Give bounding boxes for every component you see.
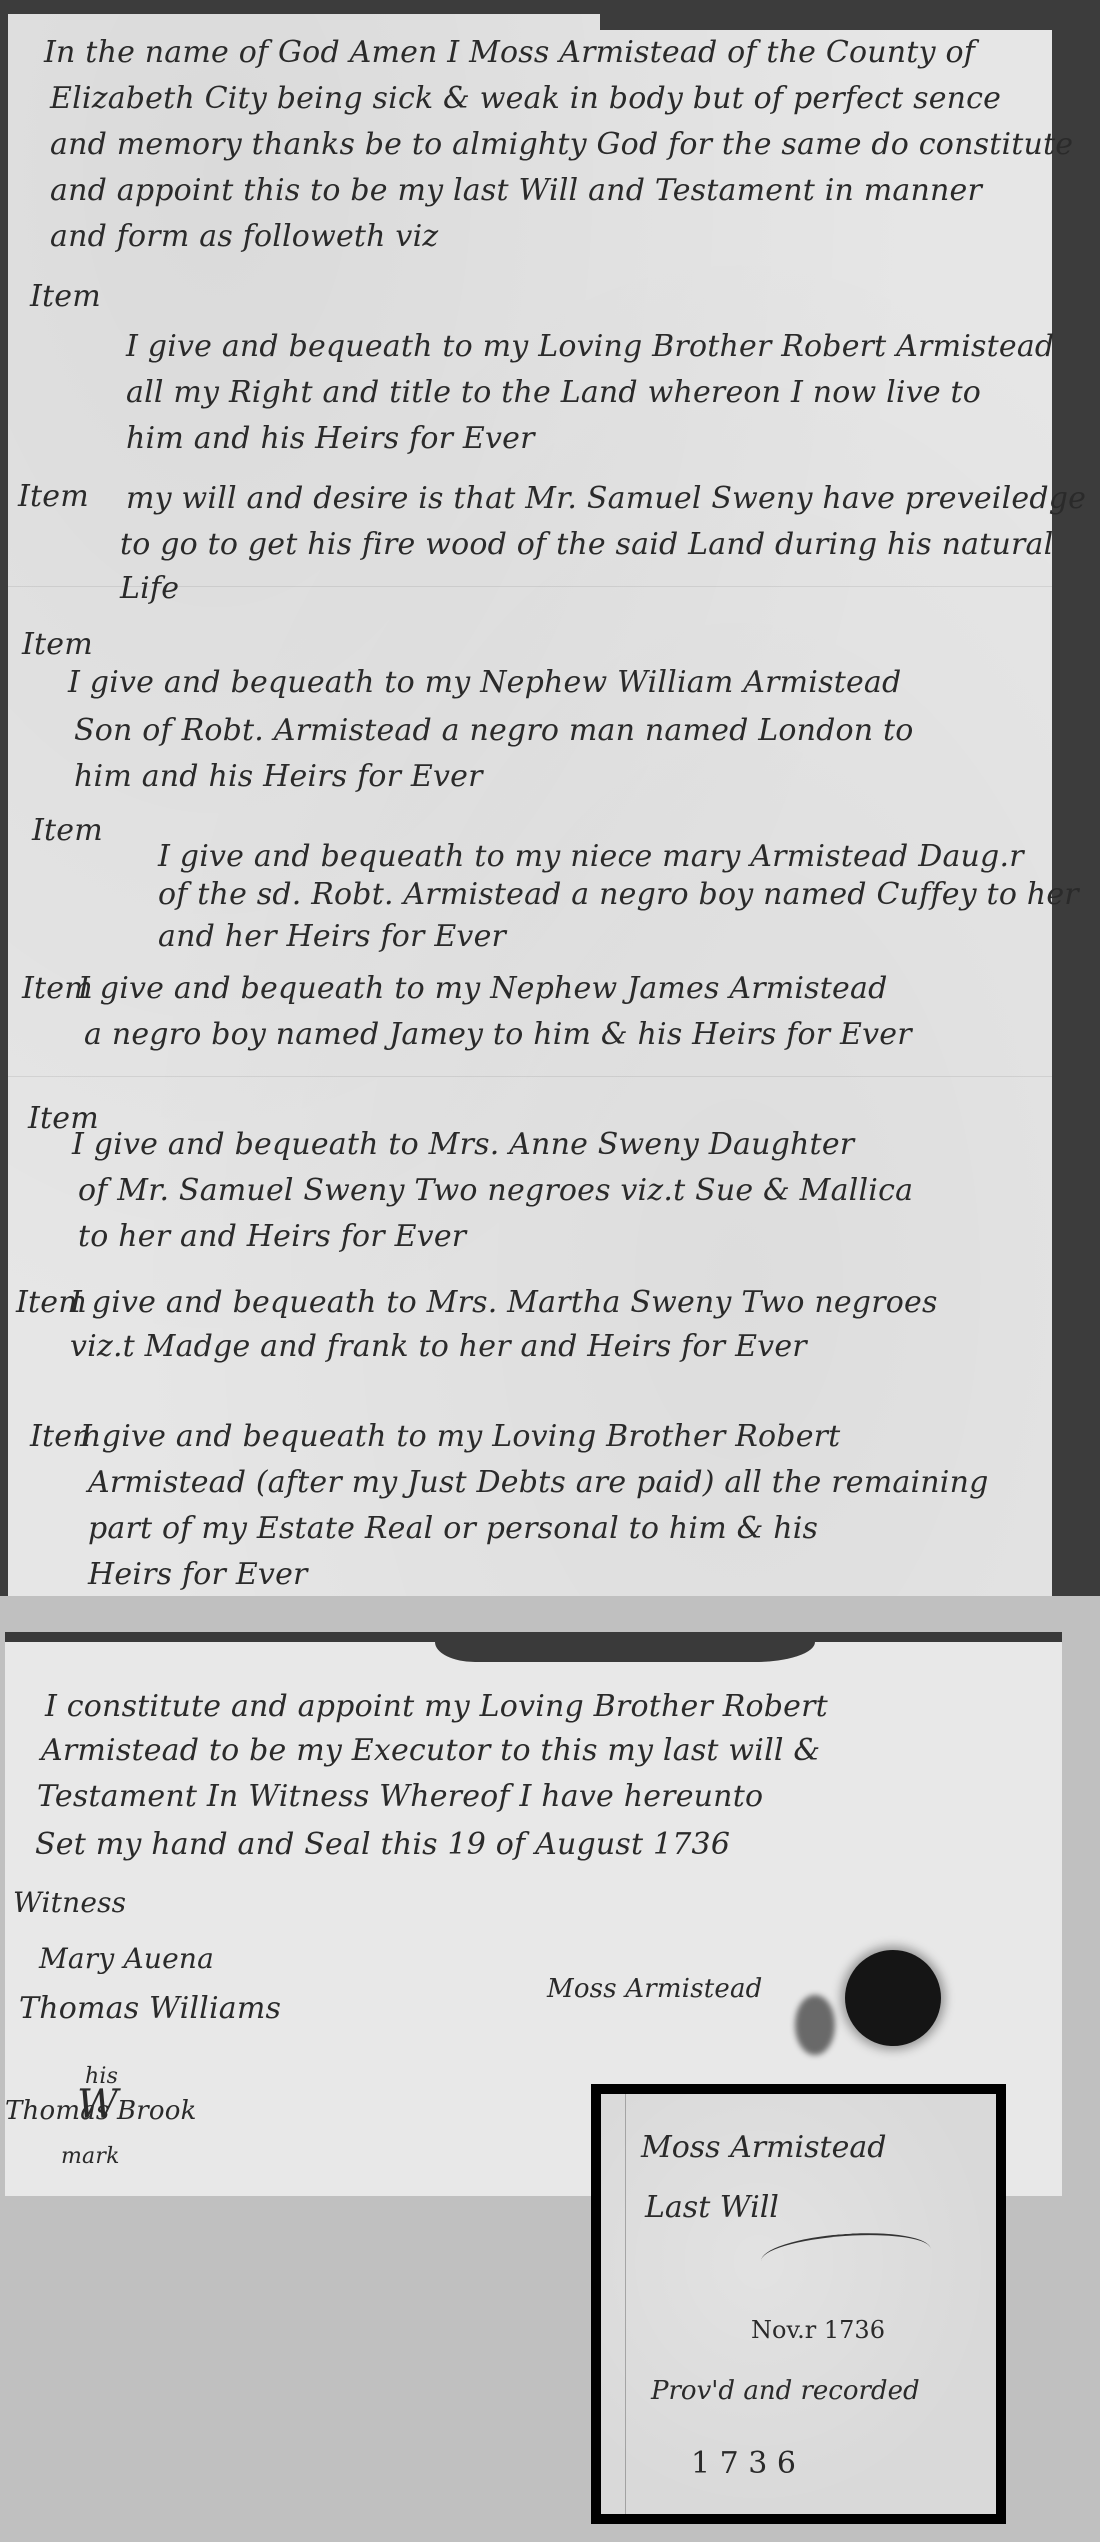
- margin-line: [625, 2094, 626, 2514]
- bequest-line: I give and bequeath to my Loving Brother…: [126, 330, 1054, 364]
- item-label: Item: [30, 280, 101, 314]
- will-page-1: In the name of God Amen I Moss Armistead…: [0, 0, 1100, 1596]
- bequest-line: him and his Heirs for Ever: [126, 422, 535, 456]
- testator-signature: Moss Armistead: [547, 1972, 763, 2006]
- bequest-line: I give and bequeath to Mrs. Martha Sweny…: [70, 1286, 938, 1320]
- closing-line: Set my hand and Seal this 19 of August 1…: [35, 1828, 730, 1862]
- docket-subtitle: Last Will: [645, 2190, 779, 2225]
- preamble-line: and appoint this to be my last Will and …: [50, 174, 982, 208]
- docket-date: Nov.r 1736: [751, 2316, 885, 2344]
- bequest-line: a negro boy named Jamey to him & his Hei…: [84, 1018, 912, 1052]
- bequest-line: I give and bequeath to my Loving Brother…: [80, 1420, 840, 1454]
- item-label: Item: [32, 814, 103, 848]
- bequest-line: my will and desire is that Mr. Samuel Sw…: [126, 482, 1086, 516]
- seal-smear: [795, 1995, 835, 2055]
- bequest-line: of the sd. Robt. Armistead a negro boy n…: [158, 878, 1079, 912]
- mark-glyph: W: [77, 2088, 118, 2122]
- mark-label: mark: [61, 2140, 120, 2174]
- bequest-line: Armistead (after my Just Debts are paid)…: [88, 1466, 989, 1500]
- preamble-line: Elizabeth City being sick & weak in body…: [50, 82, 1001, 116]
- page-shadow: [0, 0, 120, 8]
- bequest-line: all my Right and title to the Land where…: [126, 376, 981, 410]
- docket-note: Prov'd and recorded: [651, 2376, 920, 2406]
- closing-line: I constitute and appoint my Loving Broth…: [45, 1690, 828, 1724]
- bequest-line: and her Heirs for Ever: [158, 920, 506, 954]
- docket-paper: Moss Armistead Last Will Nov.r 1736 Prov…: [601, 2094, 996, 2514]
- bequest-line: I give and bequeath to Mrs. Anne Sweny D…: [72, 1128, 854, 1162]
- bequest-line: Heirs for Ever: [88, 1558, 308, 1592]
- bequest-line: to go to get his fire wood of the said L…: [120, 528, 1053, 562]
- wax-seal-icon: [845, 1950, 941, 2046]
- page-shadow: [435, 1632, 815, 1662]
- page-shadow: [600, 0, 1052, 30]
- bequest-line: to her and Heirs for Ever: [78, 1220, 466, 1254]
- bequest-line: him and his Heirs for Ever: [74, 760, 483, 794]
- preamble-line: In the name of God Amen I Moss Armistead…: [44, 36, 975, 70]
- docket-year: 1 7 3 6: [691, 2446, 796, 2481]
- item-label: Item: [22, 628, 93, 662]
- bequest-line: I give and bequeath to my Nephew James A…: [78, 972, 887, 1006]
- witness-signature: Thomas Williams: [19, 1992, 281, 2026]
- closing-line: Testament In Witness Whereof I have here…: [37, 1780, 763, 1814]
- item-label: Item: [18, 480, 89, 514]
- bequest-line: Life: [120, 572, 179, 606]
- bequest-line: I give and bequeath to my Nephew William…: [68, 666, 901, 700]
- witness-label: Witness: [13, 1886, 126, 1920]
- fold-line: [8, 1076, 1052, 1077]
- bequest-line: of Mr. Samuel Sweny Two negroes viz.t Su…: [78, 1174, 913, 1208]
- docket-title: Moss Armistead: [641, 2130, 886, 2165]
- bequest-line: Son of Robt. Armistead a negro man named…: [74, 714, 914, 748]
- closing-line: Armistead to be my Executor to this my l…: [41, 1734, 820, 1768]
- bequest-line: part of my Estate Real or personal to hi…: [88, 1512, 818, 1546]
- preamble-line: and memory thanks be to almighty God for…: [50, 128, 1073, 162]
- paper-sheet: In the name of God Amen I Moss Armistead…: [8, 14, 1052, 1596]
- witness-signature: Mary Auena: [39, 1942, 214, 1976]
- preamble-line: and form as followeth viz: [50, 220, 438, 254]
- bequest-line: viz.t Madge and frank to her and Heirs f…: [70, 1330, 807, 1364]
- docket-inset: Moss Armistead Last Will Nov.r 1736 Prov…: [591, 2084, 1006, 2524]
- bequest-line: I give and bequeath to my niece mary Arm…: [158, 840, 1024, 874]
- mark-witness-surname: Brook: [117, 2094, 197, 2128]
- flourish: [760, 2228, 933, 2282]
